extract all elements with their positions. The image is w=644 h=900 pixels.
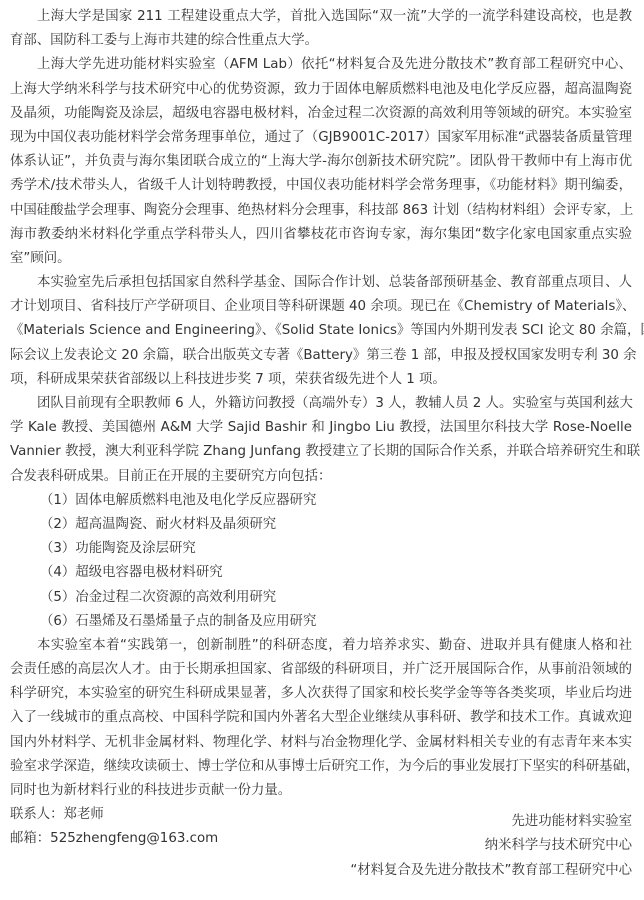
text-line: 上海大学先进功能材料实验室（AFM Lab）依托“材料复合及先进分散技术”教育部… — [10, 53, 632, 77]
research-directions-list: （1）固体电解质燃料电池及电化学反应器研究 （2）超高温陶瓷、耐火材料及晶须研究… — [10, 489, 632, 634]
text-line: 体系认证”，并负责与海尔集团联合成立的“上海大学-海尔创新技术研究院”。团队骨干… — [10, 150, 632, 174]
list-item: （1）固体电解质燃料电池及电化学反应器研究 — [10, 489, 632, 513]
signature-lab-name: 先进功能材料实验室 — [350, 810, 632, 834]
text-line: 本实验室先后承担包括国家自然科学基金、国际合作计划、总装备部预研基金、教育部重点… — [10, 271, 632, 295]
paragraph-team: 团队目前现有全职教师 6 人，外籍访问教授（高端外专）3 人，教辅人员 2 人。… — [10, 392, 632, 489]
text-line: 室”顾问。 — [10, 247, 632, 271]
paragraph-recruitment: 本实验室本着“实践第一，创新制胜”的科研态度，着力培养求实、勤奋、进取并具有健康… — [10, 634, 632, 803]
text-line: Vannier 教授，澳大利亚科学院 Zhang Junfang 教授建立了长期… — [10, 440, 632, 464]
text-line: 海市教委纳米材料化学重点学科带头人，四川省攀枝花市咨询专家，海尔集团“数字化家电… — [10, 223, 632, 247]
email-address[interactable]: 525zhengfeng@163.com — [50, 831, 218, 846]
paragraph-intro-lab: 上海大学先进功能材料实验室（AFM Lab）依托“材料复合及先进分散技术”教育部… — [10, 53, 632, 271]
list-item: （4）超级电容器电极材料研究 — [10, 561, 632, 585]
text-line: 《Materials Science and Engineering》、《Sol… — [10, 319, 632, 343]
list-item: （2）超高温陶瓷、耐火材料及晶须研究 — [10, 513, 632, 537]
text-line: 会责任感的高层次人才。由于长期承担国家、省部级的科研项目，并广泛开展国际合作，从… — [10, 658, 632, 682]
text-line: 团队目前现有全职教师 6 人，外籍访问教授（高端外专）3 人，教辅人员 2 人。… — [10, 392, 632, 416]
text-line: 育部、国防科工委与上海市共建的综合性重点大学。 — [10, 29, 632, 53]
text-line: 学 Kale 教授、美国德州 A&M 大学 Sajid Bashir 和 Jin… — [10, 416, 632, 440]
list-item: （3）功能陶瓷及涂层研究 — [10, 537, 632, 561]
text-line: 才计划项目、省科技厅产学研项目、企业项目等科研课题 40 余项。现已在《Chem… — [10, 295, 632, 319]
signature-block: 先进功能材料实验室 纳米科学与技术研究中心 “材料复合及先进分散技术”教育部工程… — [350, 810, 632, 883]
list-item: （6）石墨烯及石墨烯量子点的制备及应用研究 — [10, 610, 632, 634]
paragraph-intro-university: 上海大学是国家 211 工程建设重点大学，首批入选国际“双一流”大学的一流学科建… — [10, 5, 632, 53]
text-line: 入了一线城市的重点高校、中国科学院和国内外著名大型企业继续从事科研、教学和技术工… — [10, 706, 632, 730]
text-line: 验室求学深造，继续攻读硕士、博士学位和从事博士后研究工作，为今后的事业发展打下坚… — [10, 755, 632, 779]
text-line: 上海大学纳米科学与技术研究中心的优势资源，致力于固体电解质燃料电池及电化学反应器… — [10, 78, 632, 102]
list-item: （5）冶金过程二次资源的高效利用研究 — [10, 586, 632, 610]
text-line: 合发表科研成果。目前正在开展的主要研究方向包括： — [10, 465, 632, 489]
text-line: 科学研究，本实验室的研究生科研成果显著，多人次获得了国家和校长奖学金等等各类奖项… — [10, 682, 632, 706]
text-line: 上海大学是国家 211 工程建设重点大学，首批入选国际“双一流”大学的一流学科建… — [10, 5, 632, 29]
text-line: 项，科研成果荣获省部级以上科技进步奖 7 项，荣获省级先进个人 1 项。 — [10, 368, 632, 392]
text-line: 际会议上发表论文 20 余篇，联合出版英文专著《Battery》第三卷 1 部，… — [10, 344, 632, 368]
text-line: 及晶须，功能陶瓷及涂层，超级电容器电极材料，冶金过程二次资源的高效利用等领域的研… — [10, 102, 632, 126]
email-label: 邮箱： — [10, 831, 50, 846]
text-line: 国内外材料学、无机非金属材料、物理化学、材料与冶金物理化学、金属材料相关专业的有… — [10, 731, 632, 755]
document-body: 上海大学是国家 211 工程建设重点大学，首批入选国际“双一流”大学的一流学科建… — [10, 5, 632, 852]
signature-nano-center: 纳米科学与技术研究中心 — [350, 834, 632, 858]
text-line: 秀学术/技术带头人，省级千人计划特聘教授，中国仪表功能材料学会常务理事，《功能材… — [10, 174, 632, 198]
text-line: 本实验室本着“实践第一，创新制胜”的科研态度，着力培养求实、勤奋、进取并具有健康… — [10, 634, 632, 658]
paragraph-research-output: 本实验室先后承担包括国家自然科学基金、国际合作计划、总装备部预研基金、教育部重点… — [10, 271, 632, 392]
text-line: 现为中国仪表功能材料学会常务理事单位，通过了（GJB9001C-2017）国家军… — [10, 126, 632, 150]
signature-engineering-center: “材料复合及先进分散技术”教育部工程研究中心 — [350, 859, 632, 883]
text-line: 中国硅酸盐学会理事、陶瓷分会理事、绝热材料分会理事，科技部 863 计划（结构材… — [10, 199, 632, 223]
text-line: 同时也为新材料行业的科技进步贡献一份力量。 — [10, 779, 632, 803]
